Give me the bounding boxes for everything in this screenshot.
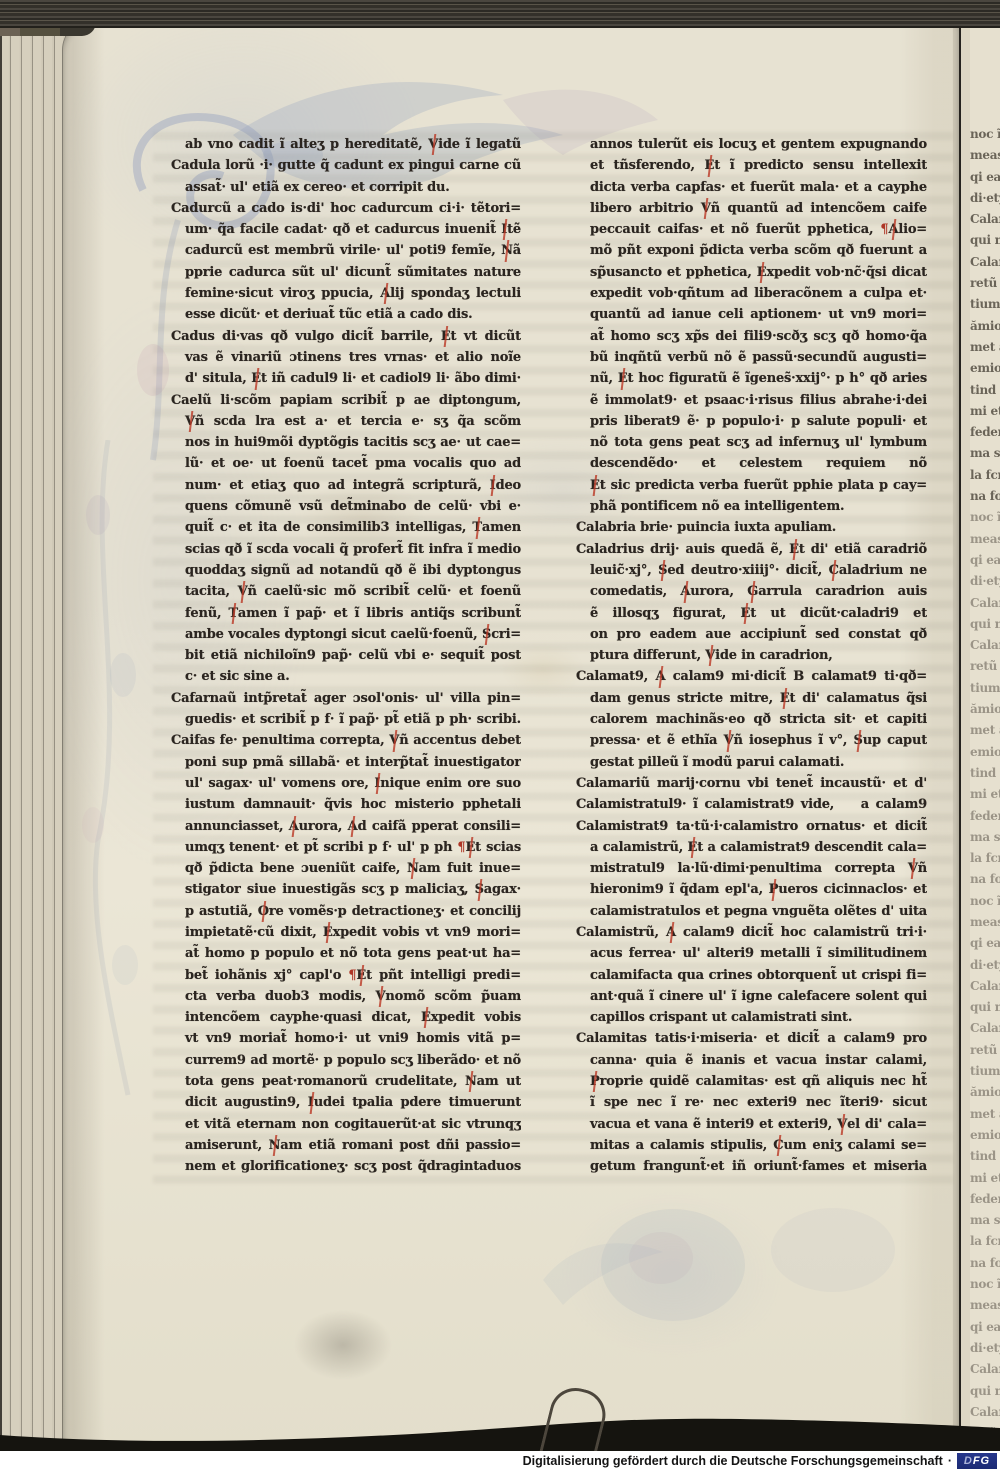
bottom-shadow (0, 1395, 1000, 1451)
text-line: ab vno cadit ĩ alteʒ p hereditatẽ, Vide … (171, 134, 521, 155)
text-line: phã pontificem nõ ea intelligentem. (576, 496, 927, 517)
text-line: poni sup pmã sillabã· et interp̃tat̃ inu… (171, 752, 521, 773)
text-line: bũ inqñtũ verbũ nõ ẽ passũ·secundũ augus… (576, 347, 927, 368)
text-line: annunciasset, Aurora, Ad caifã pperat co… (171, 816, 521, 837)
text-line: d' situla, Et iñ cadul9 li· et cadiol9 l… (171, 368, 521, 389)
text-column-right: annos tulerũt eis locuʒ et gentem expugn… (576, 134, 927, 1178)
fore-edge-text-fragments: noc ĩ calameas di q̃qi ea caladi·etymolC… (970, 124, 1000, 1444)
text-line: ẽ illosqʒ figurat, Et ut dicũt·caladri9 … (576, 603, 927, 624)
text-line: et vitã eternam non cogitauerũt·at sic v… (171, 1114, 521, 1135)
text-line: capillos crispant ut calamistrati sint. (576, 1007, 927, 1028)
text-line: tota gens peat·romanorũ crudelitate, Nam… (171, 1071, 521, 1092)
text-line: acus ferrea· ul' alteri9 metalli ĩ simil… (576, 943, 927, 964)
text-line: pprie cadurca sũt ul' dicunt̃ sũmitates … (171, 262, 521, 283)
text-line: bit etiã nichiloĩn9 pap̃· celũ vbi e· se… (171, 645, 521, 666)
text-line: Caladrius drij· auis quedã ẽ, Et di' eti… (576, 539, 927, 560)
text-line: scias qð ĩ scda vocali q̃ profert̃ fit i… (171, 539, 521, 560)
text-line: pressa· et ẽ ethĩa Vñ iosephus ĩ v°, Sup… (576, 730, 927, 751)
text-line: calamistratulos et pegna vnguẽta olẽtes … (576, 901, 927, 922)
text-line: Et sic predicta verba fuerũt pphie plata… (576, 475, 927, 496)
text-line: quens cõmunẽ vsũ det̃minabo de celũ· vbi… (171, 496, 521, 517)
text-line: quantũ ad ianue celi aptionem· ut vn9 mo… (576, 304, 927, 325)
text-line: vacua et vana ẽ interi9 et exteri9, Vel … (576, 1114, 927, 1135)
text-line: nem et glorificationeʒ· scʒ post q̃dragi… (171, 1156, 521, 1177)
text-line: canna· quia ẽ inanis et vacua instar cal… (576, 1050, 927, 1071)
parchment-page: ab vno cadit ĩ alteʒ p hereditatẽ, Vide … (62, 20, 959, 1451)
text-line: femine·sicut viroʒ ppucia, Alij spondaʒ … (171, 283, 521, 304)
text-line: Caelũ li·scõm papiam scribit̃ p ae dipto… (171, 390, 521, 411)
dfg-logo: DFG (957, 1453, 997, 1469)
text-line: getum frangunt̃·et iñ oriunt̃·fames et m… (576, 1156, 927, 1177)
text-line: on pro eadem aue accipiunt̃ sed constat … (576, 624, 927, 645)
text-line: dicta verba capfas· et fuerũt mala· et a… (576, 177, 927, 198)
text-line: Calabria brie· puincia iuxta apuliam. (576, 517, 927, 538)
text-line: peccauit caifas· et nõ fuerũt pphetica, … (576, 219, 927, 240)
manuscript-scan: noc ĩ calameas di q̃qi ea caladi·etymolC… (0, 0, 1000, 1471)
text-line: ant·quã ĩ cinere ul' ĩ igne calefacere s… (576, 986, 927, 1007)
text-line: quoddaʒ signũ ad notandũ qð ẽ ibi dypton… (171, 560, 521, 581)
text-line: Caifas fe· penultima correpta, Vñ accent… (171, 730, 521, 751)
text-line: vas ẽ vinariũ ɔtinens tres vrnas· et ali… (171, 347, 521, 368)
text-line: esse dicũt· et deriuat̃ tũc etiã a cado … (171, 304, 521, 325)
text-line: at̃ homo p populo et nõ tota gens peat·u… (171, 943, 521, 964)
text-line: quit̃ c· et ita de consimilib3 intelliga… (171, 517, 521, 538)
text-line: Calamistrat9 ta·tũ·i·calamistro ornatus·… (576, 816, 927, 837)
ornament-showthrough-bottom (503, 1180, 933, 1360)
text-line: Vñ scda lra est a· et tercia e· sʒ q̃a s… (171, 411, 521, 432)
text-line: impietatẽ·cũ dixit, Expedit vobis vt vn9… (171, 922, 521, 943)
text-line: annos tulerũt eis locuʒ et gentem expugn… (576, 134, 927, 155)
text-line: currem9 ad mortẽ· p populo scʒ liberãdo·… (171, 1050, 521, 1071)
text-line: gestat pilleũ ĩ modũ parui calamati. (576, 752, 927, 773)
text-line: descendẽdo· et celestem requiem nõ ingre… (576, 453, 927, 474)
text-line: et tñsferendo, Et ĩ predicto sensu intel… (576, 155, 927, 176)
text-line: fenũ, Tamen ĩ pap̃· et ĩ libris antiq̃s … (171, 603, 521, 624)
text-line: mitas a calamis stipulis, Cum eniʒ calam… (576, 1135, 927, 1156)
text-line: calamifacta qua crines obtorquent̃ ut cr… (576, 965, 927, 986)
text-line: a calamistrũ, Et a calamistrat9 descendi… (576, 837, 927, 858)
text-line: ul' sagax· ul' vomens ore, Inique enim o… (171, 773, 521, 794)
text-line: tacita, Vñ caelũ·sic mõ scribit̃ celũ· e… (171, 581, 521, 602)
text-line: cadurcũ est membrũ virile· ul' poti9 fem… (171, 240, 521, 261)
text-line: um· q̃a facile cadat· qð et cadurcus inu… (171, 219, 521, 240)
text-line: dicit augustin9, Iudei tpalia pdere timu… (171, 1092, 521, 1113)
fore-edge-strip: noc ĩ calameas di q̃qi ea caladi·etymolC… (956, 20, 1000, 1448)
text-line: comedatis, Aurora, Garrula caradrion aui… (576, 581, 927, 602)
text-line: mistratul9 la·lũ·dimi·penultima correpta… (576, 858, 927, 879)
text-line: ĩ spe nec ĩ re· nec exteri9 nec ĩteri9· … (576, 1092, 927, 1113)
text-line: Proprie quidẽ calamitas· est qñ aliquis … (576, 1071, 927, 1092)
text-line: mõ pñt exponi p̃dicta verba scõm qð fuer… (576, 240, 927, 261)
text-line: Calamitas tatis·i·miseria· et dicit̃ a c… (576, 1028, 927, 1049)
dfg-logo-d: D (964, 1455, 973, 1467)
text-column-left: ab vno cadit ĩ alteʒ p hereditatẽ, Vide … (171, 134, 521, 1178)
text-line: Cadula lorũ ·i· gutte q̃ cadunt ex pingu… (171, 155, 521, 176)
text-line: c· et sic sine a. (171, 666, 521, 687)
text-line: num· et etiaʒ quo ad integrã scripturã, … (171, 475, 521, 496)
text-line: bet̃ iohãnis xj° capl'o ¶Et pñt intellig… (171, 965, 521, 986)
footer-bar: Digitalisierung gefördert durch die Deut… (0, 1451, 1000, 1471)
text-line: expedit vob·qñtum ad liberacõnem a culpa… (576, 283, 927, 304)
text-line: vt vn9 moriat̃ homo·i· ut vni9 homis vit… (171, 1028, 521, 1049)
dfg-logo-fg: FG (973, 1455, 990, 1467)
text-line: lũ· et oe· ut foenũ tacet̃ pma vocalis q… (171, 453, 521, 474)
text-line: hieronim9 ĩ q̃dam epl'a, Pueros cicinnac… (576, 879, 927, 900)
text-line: nõ tota gens peat scʒ ad infernuʒ ul' ly… (576, 432, 927, 453)
text-line: amiserunt, Nam etiã romani post dñi pass… (171, 1135, 521, 1156)
text-line: iustum damnauit· q̃vis hoc misterio pphe… (171, 794, 521, 815)
text-line: ambe vocales dyptongi sicut caelũ·foenũ,… (171, 624, 521, 645)
text-line: at̃ homo scʒ xp̃s dei fili9·scðʒ scʒ qð … (576, 326, 927, 347)
text-line: pris liberat9 ẽ· p populo·i· p salute po… (576, 411, 927, 432)
text-line: Calamistrũ, A calam9 dicit̃ hoc calamist… (576, 922, 927, 943)
text-line: calorem machinãs·eo qð stricta sit· et c… (576, 709, 927, 730)
text-line: dam genus stricte mitre, Et di' calamatu… (576, 688, 927, 709)
text-line: umqʒ tenent· et pt̃ scribi p f· ul' p ph… (171, 837, 521, 858)
text-line: qð p̃dicta bene ɔueniũt caife, Nam fuit … (171, 858, 521, 879)
text-line: intencõem cayphe·quasi dicat, Expedit vo… (171, 1007, 521, 1028)
text-line: cta verba duob3 modis, Vnomõ scõm p̃uam (171, 986, 521, 1007)
text-line: nos in hui9mõi dyptõgis tacitis scʒ ae· … (171, 432, 521, 453)
footer-separator: · (948, 1454, 952, 1468)
text-line: Calamistratul9· ĩ calamistrat9 vide, a c… (576, 794, 927, 815)
text-line: stigator siue inuestigãs scʒ p maliciaʒ,… (171, 879, 521, 900)
text-line: Calamariũ marij·cornu vbi tenet̃ incaust… (576, 773, 927, 794)
text-line: leuic̃·xj°, Sed deutro·xiiij°· dicit̃, C… (576, 560, 927, 581)
text-line: libero arbitrio Vñ quantũ ad intencõem c… (576, 198, 927, 219)
text-line: assat̃· ul' etiã ex cereo· et corripit d… (171, 177, 521, 198)
text-line: Cafarnaũ intp̃retat̃ ager ɔsol'onis· ul'… (171, 688, 521, 709)
book-top-edge (0, 0, 1000, 28)
text-line: p astutiã, Ore vomẽs·p detractioneʒ· et … (171, 901, 521, 922)
text-line: guedis· et scribit̃ p f· ĩ pap̃· pt̃ eti… (171, 709, 521, 730)
text-line: sp̃usancto et pphetica, Expedit vob·nc̃·… (576, 262, 927, 283)
text-line: Cadus di·vas qð vulgo dicit̃ barrile, Et… (171, 326, 521, 347)
text-line: nũ, Et hoc figuratũ ẽ ĩgenes̃·xxij°· p h… (576, 368, 927, 389)
text-line: ẽ immolat9· et psaac·i·risus filius abra… (576, 390, 927, 411)
text-line: ptura differunt, Vide in caradrion, (576, 645, 927, 666)
footer-credit-text: Digitalisierung gefördert durch die Deut… (523, 1454, 943, 1468)
text-line: Calamat9, A calam9 mi·dicit̃ B calamat9 … (576, 666, 927, 687)
text-line: Cadurcũ a cado is·di' hoc cadurcum ci·i·… (171, 198, 521, 219)
